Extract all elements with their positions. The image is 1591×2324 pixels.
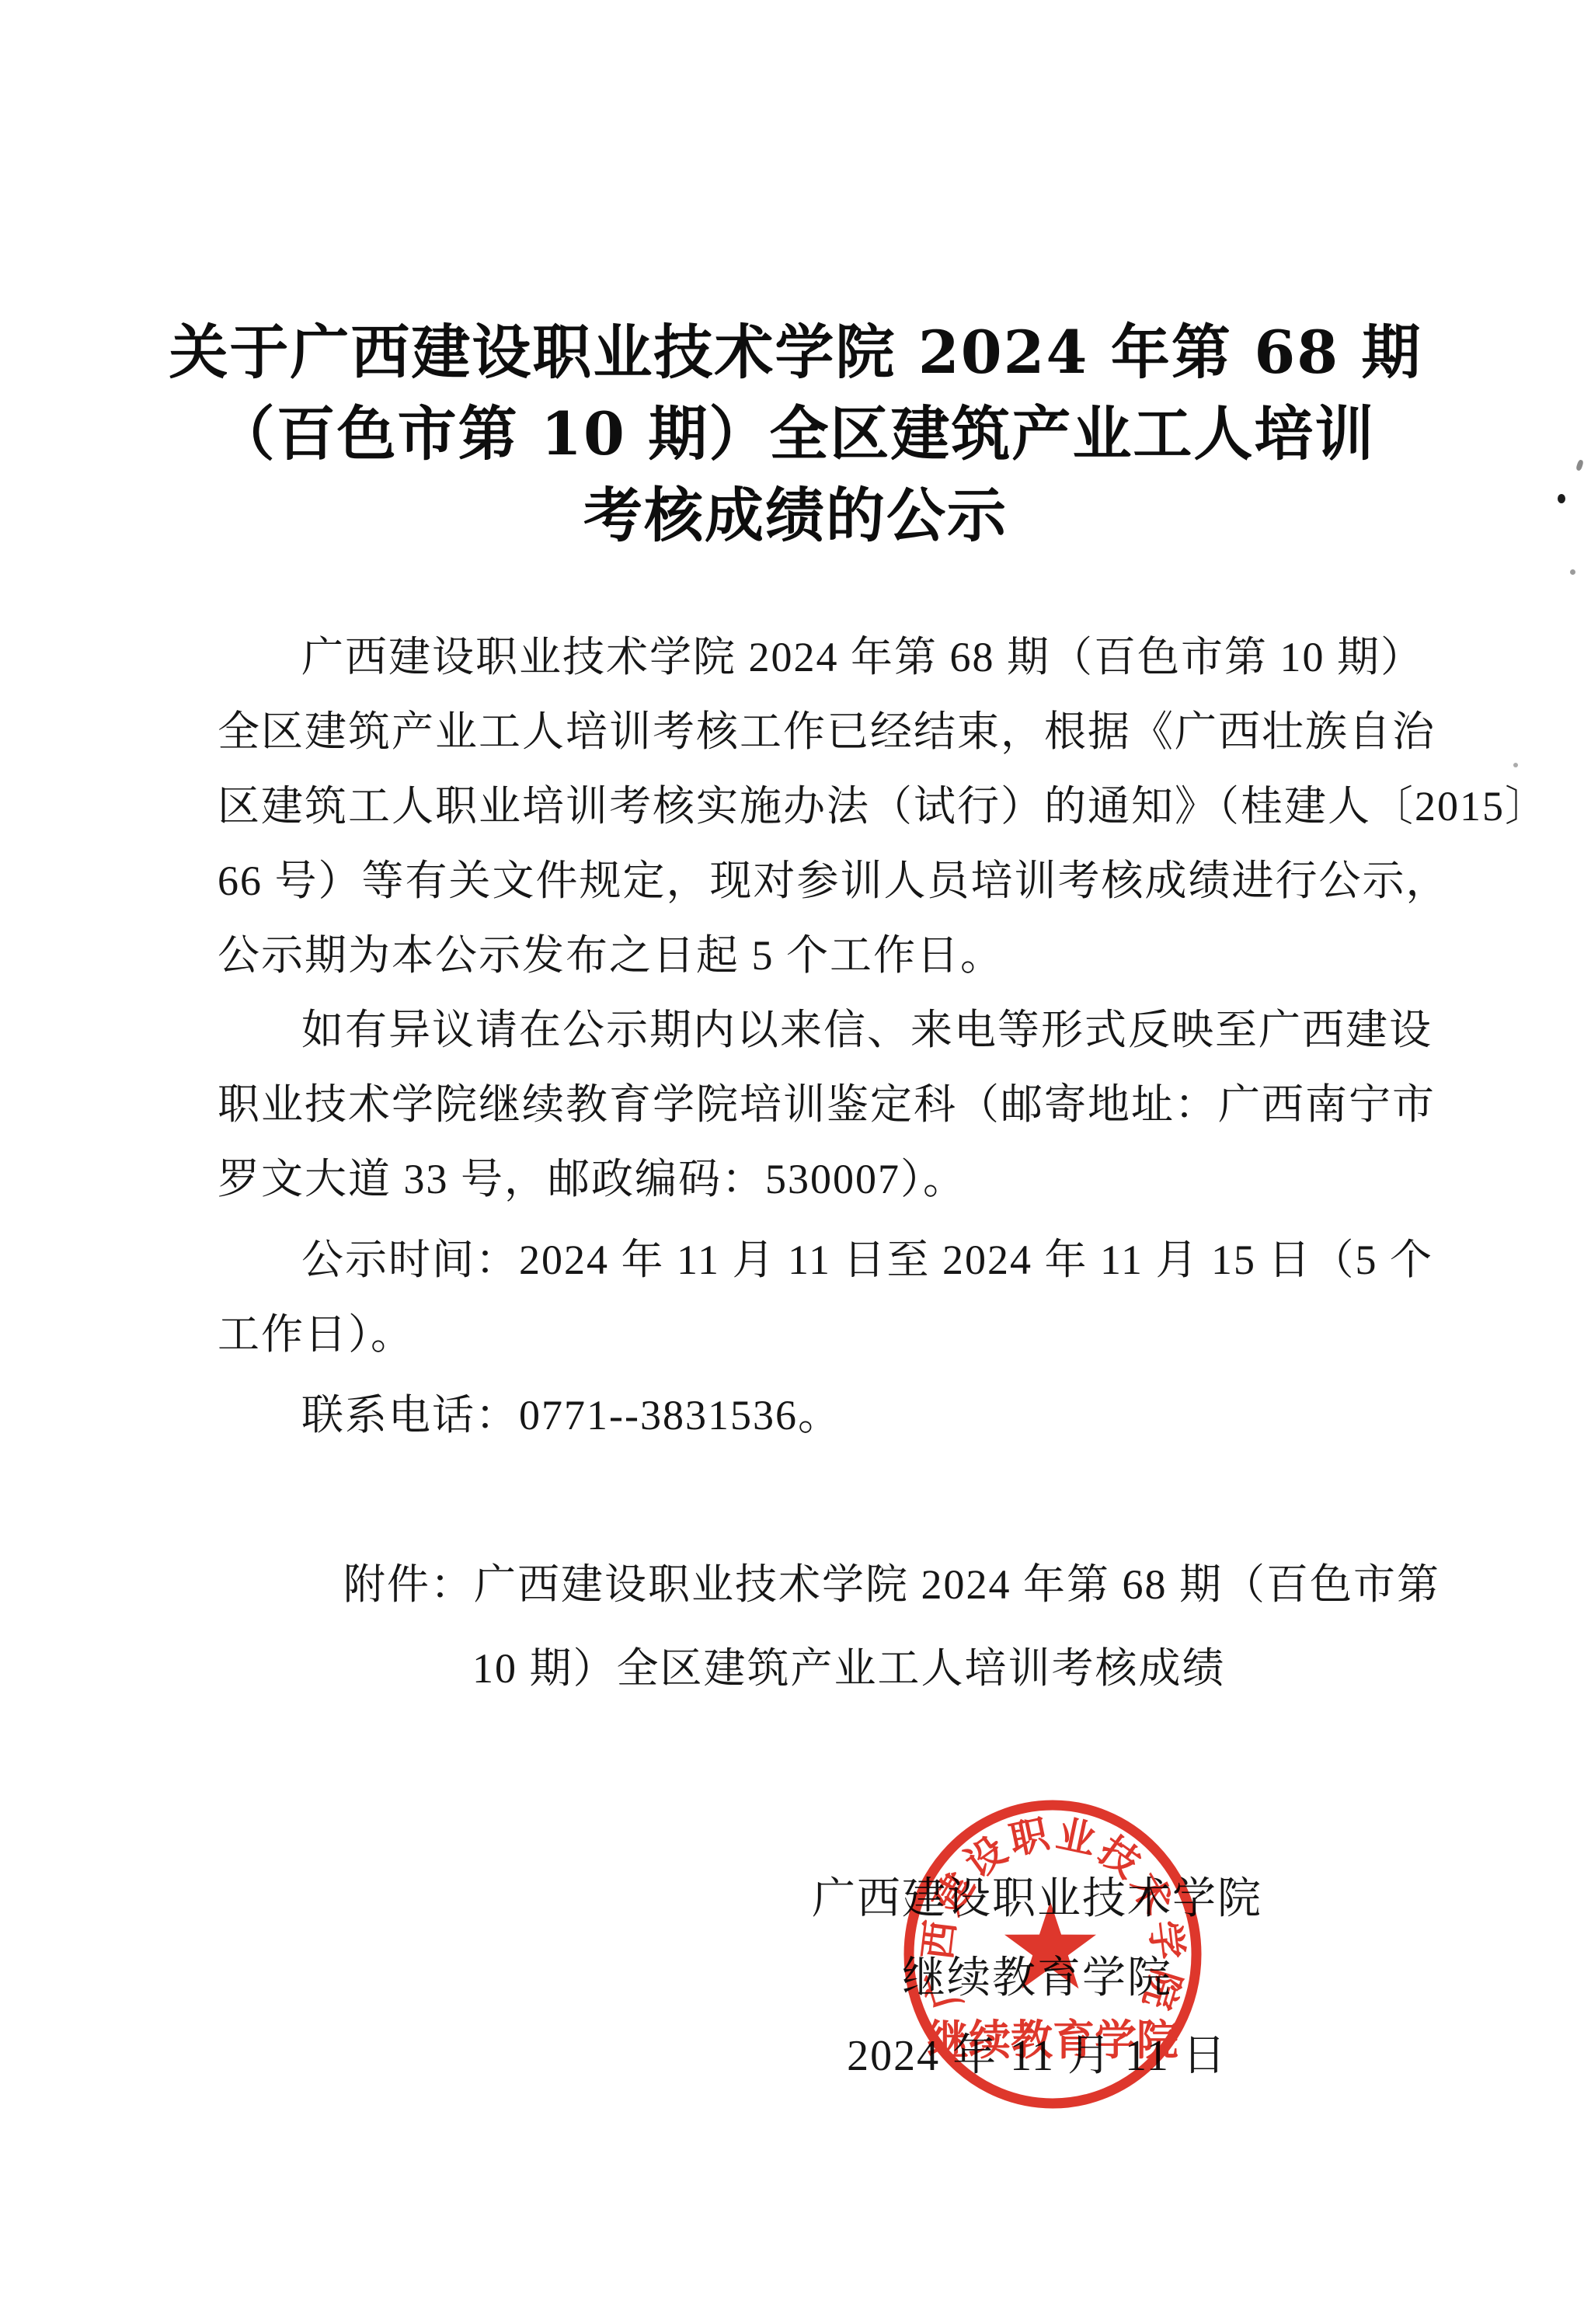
attachment-line-1: 附件：广西建设职业技术学院 2024 年第 68 期（百色市第 [343, 1551, 1440, 1611]
document-page: 关于广西建设职业技术学院 2024 年第 68 期 （百色市第 10 期）全区建… [0, 0, 1591, 2324]
seal-bottom-text: 继续教育学院 [927, 2017, 1178, 2064]
body-line: 区建筑工人职业培训考核实施办法（试行）的通知》（桂建人〔2015〕 [218, 773, 1548, 833]
seal-arc-char: 西 [915, 1919, 963, 1962]
body-line: 66 号）等有关文件规定，现对参训人员培训考核成绩进行公示， [218, 847, 1450, 907]
seal-arc-char: 院 [1135, 1964, 1188, 2014]
body-line: 联系电话：0771--3831536。 [301, 1382, 841, 1442]
doc-title-line-1: 关于广西建设职业技术学院 2024 年第 68 期 [0, 305, 1591, 390]
attachment-line-2: 10 期）全区建筑产业工人培训考核成绩 [472, 1635, 1226, 1695]
ink-speck [1558, 494, 1565, 503]
body-line: 公示期为本公示发布之日起 5 个工作日。 [218, 922, 1004, 982]
seal-arc-char: 业 [1053, 1812, 1099, 1863]
official-seal: 广 西 建 设 职 业 技 术 学 院 继续教育学院 [897, 1795, 1208, 2114]
ink-speck [1513, 763, 1518, 767]
ink-speck [1570, 569, 1575, 575]
seal-arc-char: 广 [917, 1964, 970, 2014]
doc-title-line-2: （百色市第 10 期）全区建筑产业工人培训 [0, 387, 1591, 471]
body-line: 广西建设职业技术学院 2024 年第 68 期（百色市第 10 期） [301, 624, 1424, 684]
body-line: 职业技术学院继续教育学院培训鉴定科（邮寄地址：广西南宁市 [218, 1071, 1436, 1131]
seal-arc-char: 职 [1005, 1811, 1053, 1863]
body-line: 罗文大道 33 号，邮政编码：530007）。 [218, 1146, 966, 1205]
body-line: 公示时间：2024 年 11 月 11 日至 2024 年 11 月 15 日（… [301, 1226, 1433, 1286]
red-star-icon [1004, 1901, 1096, 1988]
body-line: 如有异议请在公示期内以来信、来电等形式反映至广西建设 [301, 997, 1433, 1056]
body-line: 全区建筑产业工人培训考核工作已经结束，根据《广西壮族自治 [218, 698, 1436, 758]
doc-title-line-3: 考核成绩的公示 [0, 468, 1591, 553]
body-line: 工作日）。 [218, 1301, 414, 1361]
seal-arc-char: 学 [1142, 1919, 1190, 1962]
